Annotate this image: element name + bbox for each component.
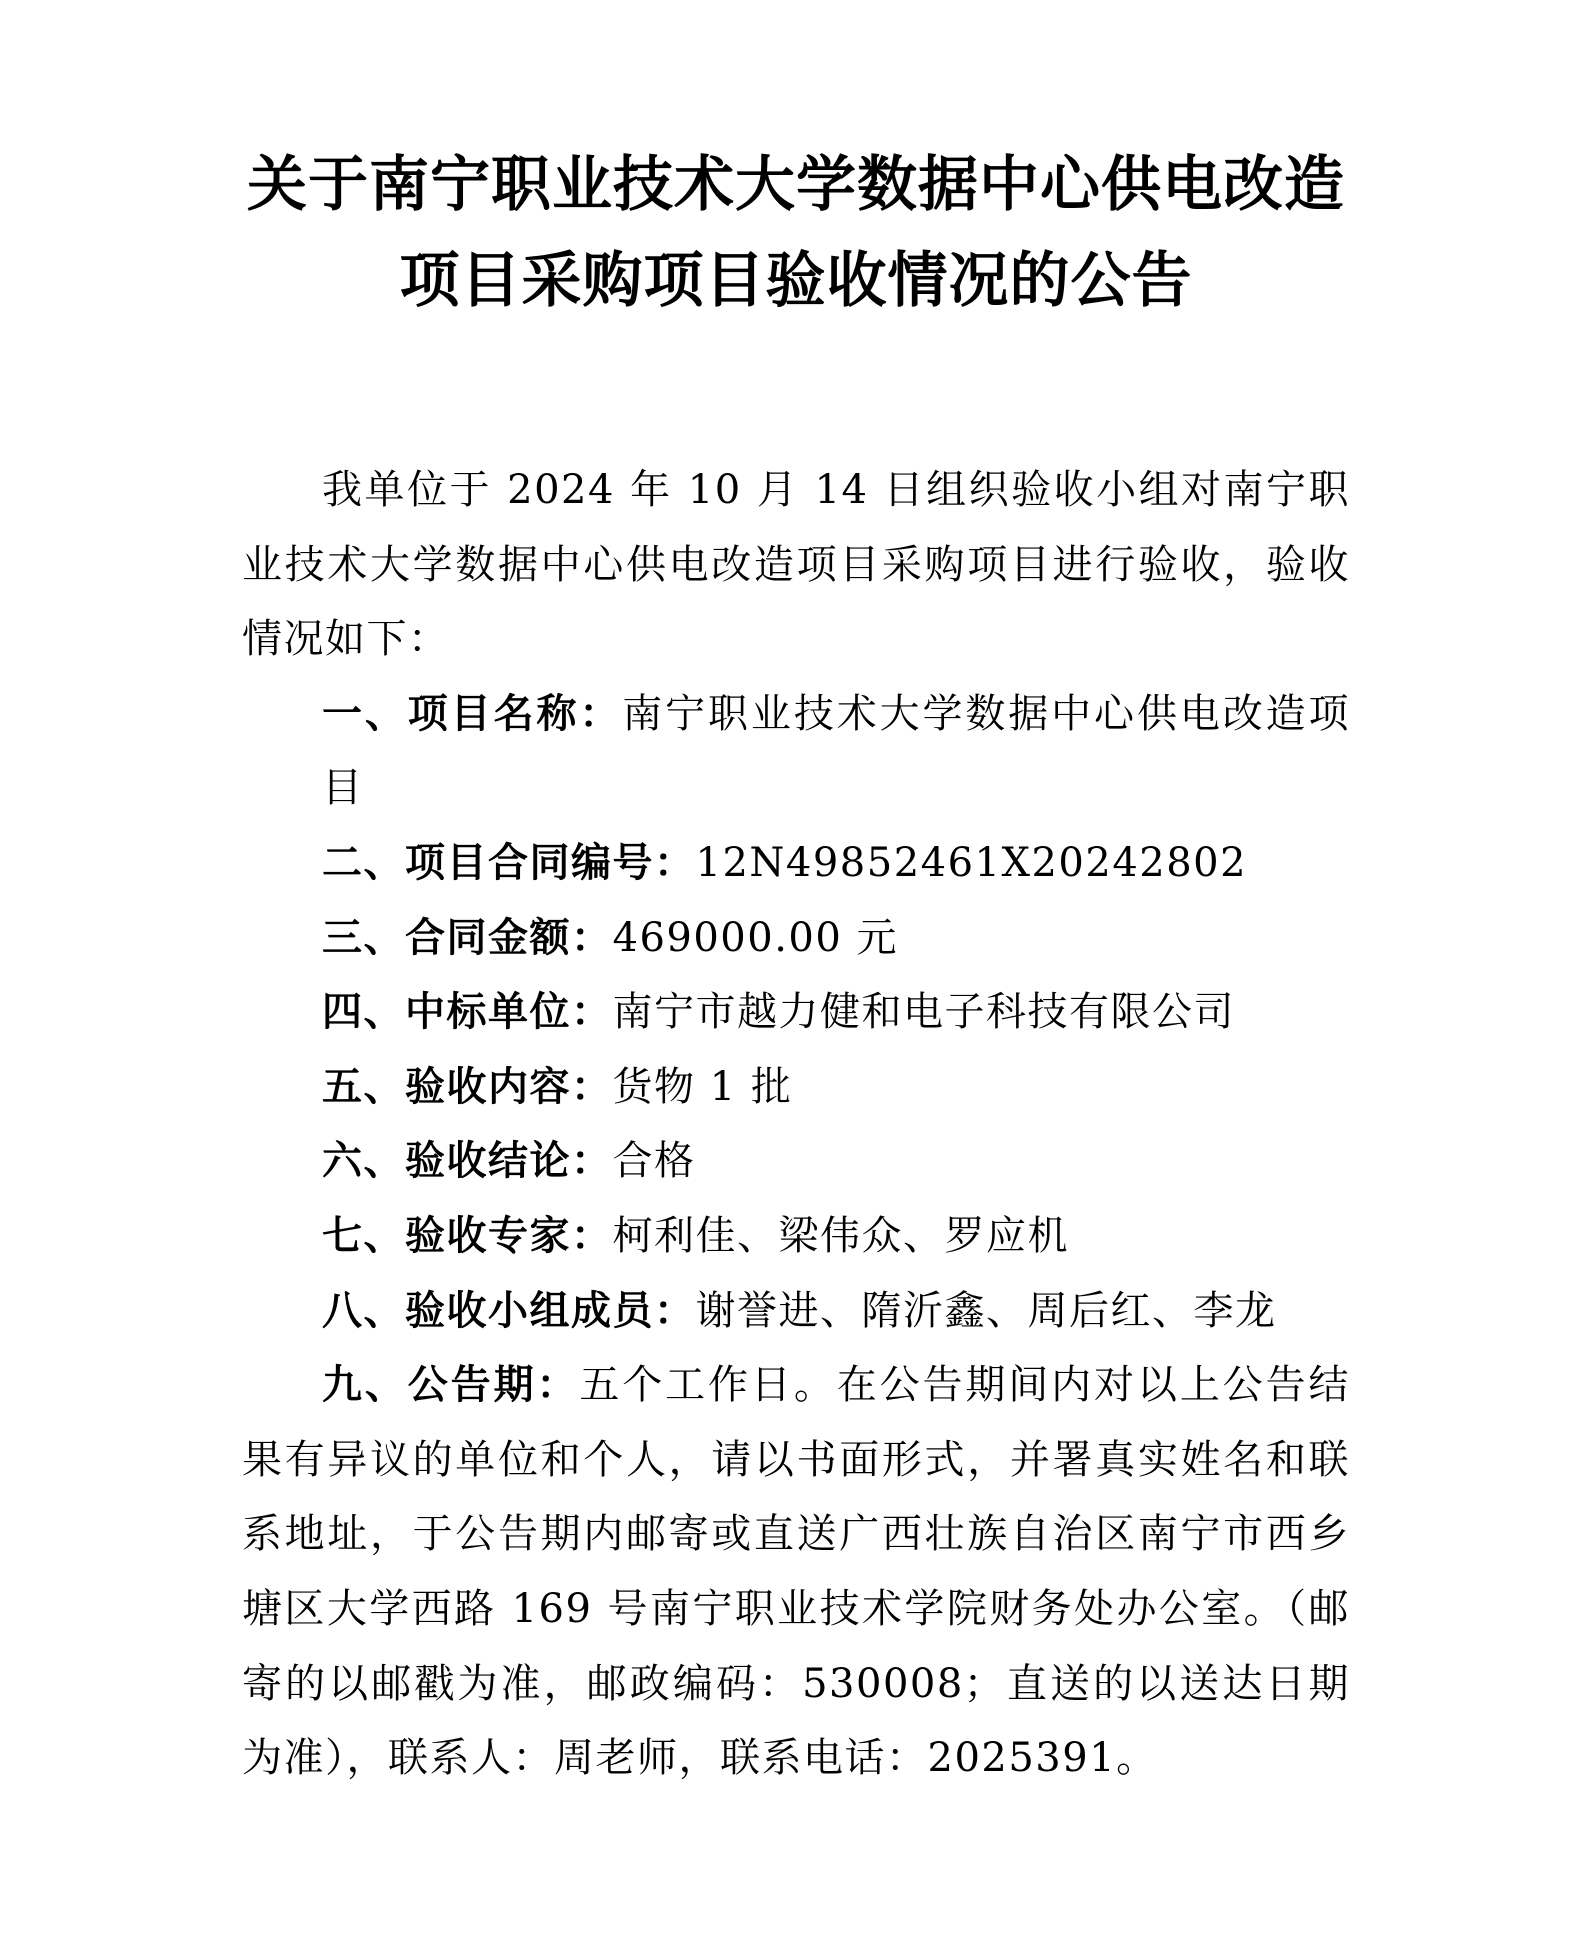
item-label: 九、公告期： <box>322 1362 579 1408</box>
item-acceptance-team: 八、验收小组成员：谢誉进、隋沂鑫、周后红、李龙 <box>322 1274 1350 1349</box>
item-label: 一、项目名称： <box>322 691 622 737</box>
item-project-name: 一、项目名称：南宁职业技术大学数据中心供电改造项目 <box>322 677 1350 826</box>
item-label: 六、验收结论： <box>322 1138 613 1184</box>
item-label: 五、验收内容： <box>322 1064 613 1110</box>
item-label: 四、中标单位： <box>322 989 613 1035</box>
item-content: 柯利佳、梁伟众、罗应机 <box>613 1213 1070 1259</box>
document-title-line-1: 关于南宁职业技术大学数据中心供电改造 <box>242 137 1350 233</box>
item-winning-bidder: 四、中标单位：南宁市越力健和电子科技有限公司 <box>322 975 1350 1050</box>
item-content: 12N49852461X20242802 <box>696 840 1248 886</box>
document-body: 我单位于 2024 年 10 月 14 日组织验收小组对南宁职业技术大学数据中心… <box>242 453 1350 1796</box>
item-content: 货物 1 批 <box>613 1064 793 1110</box>
document-content: 关于南宁职业技术大学数据中心供电改造 项目采购项目验收情况的公告 我单位于 20… <box>242 137 1350 1796</box>
item-label: 八、验收小组成员： <box>322 1288 696 1334</box>
item-label: 二、项目合同编号： <box>322 840 696 886</box>
item-acceptance-experts: 七、验收专家：柯利佳、梁伟众、罗应机 <box>322 1199 1350 1274</box>
item-content: 谢誉进、隋沂鑫、周后红、李龙 <box>696 1288 1277 1334</box>
item-acceptance-conclusion: 六、验收结论：合格 <box>322 1124 1350 1199</box>
item-content: 南宁市越力健和电子科技有限公司 <box>613 989 1236 1035</box>
intro-paragraph: 我单位于 2024 年 10 月 14 日组织验收小组对南宁职业技术大学数据中心… <box>242 453 1350 677</box>
item-announcement-period: 九、公告期：五个工作日。在公告期间内对以上公告结果有异议的单位和个人，请以书面形… <box>242 1348 1350 1796</box>
item-label: 七、验收专家： <box>322 1213 613 1259</box>
document-title: 关于南宁职业技术大学数据中心供电改造 项目采购项目验收情况的公告 <box>242 137 1350 329</box>
item-label: 三、合同金额： <box>322 915 613 961</box>
item-contract-amount: 三、合同金额：469000.00 元 <box>322 901 1350 976</box>
item-content: 五个工作日。在公告期间内对以上公告结果有异议的单位和个人，请以书面形式，并署真实… <box>242 1362 1350 1781</box>
item-content: 合格 <box>613 1138 696 1184</box>
document-page: 关于南宁职业技术大学数据中心供电改造 项目采购项目验收情况的公告 我单位于 20… <box>0 0 1587 1942</box>
item-contract-number: 二、项目合同编号：12N49852461X20242802 <box>322 826 1350 901</box>
document-title-line-2: 项目采购项目验收情况的公告 <box>242 233 1350 329</box>
item-content: 469000.00 元 <box>613 915 899 961</box>
item-acceptance-content: 五、验收内容：货物 1 批 <box>322 1050 1350 1125</box>
